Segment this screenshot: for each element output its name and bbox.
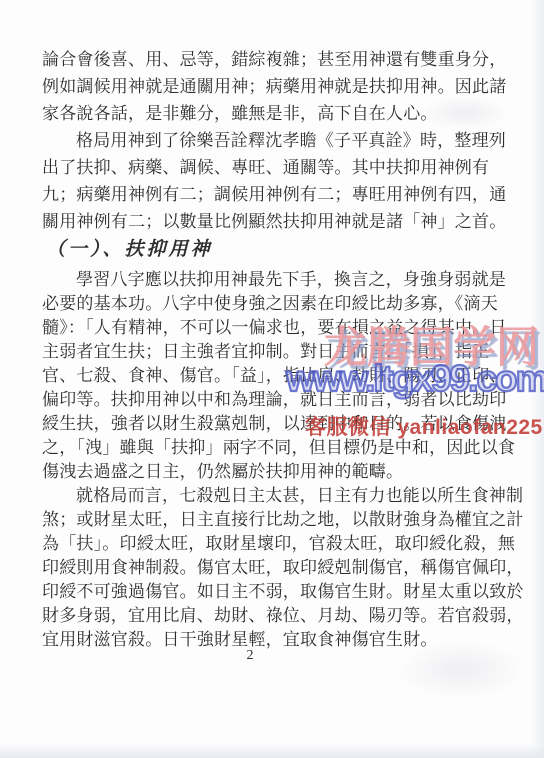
text-line: 煞；或財星太旺，日主直接行比劫之地，以散財強身為權宜之計 [42, 508, 512, 532]
text-line: 印綬則用食神制殺。傷官太旺，取印綬剋制傷官，稱傷官佩印， [42, 556, 512, 580]
page-right-shading [530, 0, 544, 758]
text-line: 之，「洩」雖與「扶抑」兩字不同，但目標仍是中和，因此以食 [42, 436, 512, 460]
text-line: 綬生扶，強者以財生殺黨剋制，以達到中和目的。若以食傷洩 [42, 412, 512, 436]
body-text-middle: 學習八字應以扶抑用神最先下手，換言之，身強身弱就是 必要的基本功。八字中使身強之… [42, 268, 512, 484]
text-line: 主弱者宜生扶；日主強者宜抑制。對日主而言，「損」，指正 [42, 340, 512, 364]
text-line: 就格局而言，七殺剋日主太甚，日主有力也能以所生食神制 [42, 484, 512, 508]
text-line: 髓》：「人有精神，不可以一偏求也，要在損之益之得其中。日 [42, 316, 512, 340]
text-line: 必要的基本功。八字中使身強之因素在印綬比劫多寡，《滴天 [42, 292, 512, 316]
text-line: 印綬不可強過傷官。如日主不弱，取傷官生財。財星太重以致於 [42, 580, 512, 604]
text-line: 宜用財滋官殺。日干強財星輕，宜取食神傷官生財。 [42, 628, 512, 652]
text-line: 官、七殺、食神、傷官。「益」，指比肩、劫財、陽刃、正印、 [42, 364, 512, 388]
page-bottom-edge [0, 744, 544, 758]
text-line: 傷洩去過盛之日主，仍然屬於扶抑用神的範疇。 [42, 460, 512, 484]
text-line: 九；病藥用神例有二；調候用神例有二；專旺用神例有四，通 [42, 181, 512, 208]
body-text-top: 論合會後喜、用、忌等，錯綜複雜；甚至用神還有雙重身分， 例如調候用神就是通關用神… [42, 46, 512, 235]
body-text-bottom: 就格局而言，七殺剋日主太甚，日主有力也能以所生食神制 煞；或財星太旺，日主直接行… [42, 484, 512, 652]
text-line: 學習八字應以扶抑用神最先下手，換言之，身強身弱就是 [42, 268, 512, 292]
text-line: 關用神例有二；以數量比例顯然扶抑用神就是諸「神」之首。 [42, 208, 512, 235]
text-line: 財多身弱，宜用比肩、劫財、祿位、月劫、陽刃等。若官殺弱， [42, 604, 512, 628]
book-page: 論合會後喜、用、忌等，錯綜複雜；甚至用神還有雙重身分， 例如調候用神就是通關用神… [0, 0, 544, 758]
text-line: 偏印等。扶抑用神以中和為理論，就日主而言，弱者以比劫印 [42, 388, 512, 412]
text-line: 家各說各話，是非難分，雖無是非，高下自在人心。 [42, 100, 512, 127]
text-line: 例如調候用神就是通關用神；病藥用神就是扶抑用神。因此諸 [42, 73, 512, 100]
text-line: 論合會後喜、用、忌等，錯綜複雜；甚至用神還有雙重身分， [42, 46, 512, 73]
text-line: 為「扶」。印綬太旺，取財星壞印，官殺太旺，取印綬化殺，無 [42, 532, 512, 556]
section-heading: （一）、扶抑用神 [46, 234, 213, 261]
text-line: 格局用神到了徐樂吾詮釋沈孝瞻《子平真詮》時，整理列 [42, 127, 512, 154]
text-line: 出了扶抑、病藥、調候、專旺、通關等。其中扶抑用神例有 [42, 154, 512, 181]
page-number: 2 [240, 648, 260, 664]
